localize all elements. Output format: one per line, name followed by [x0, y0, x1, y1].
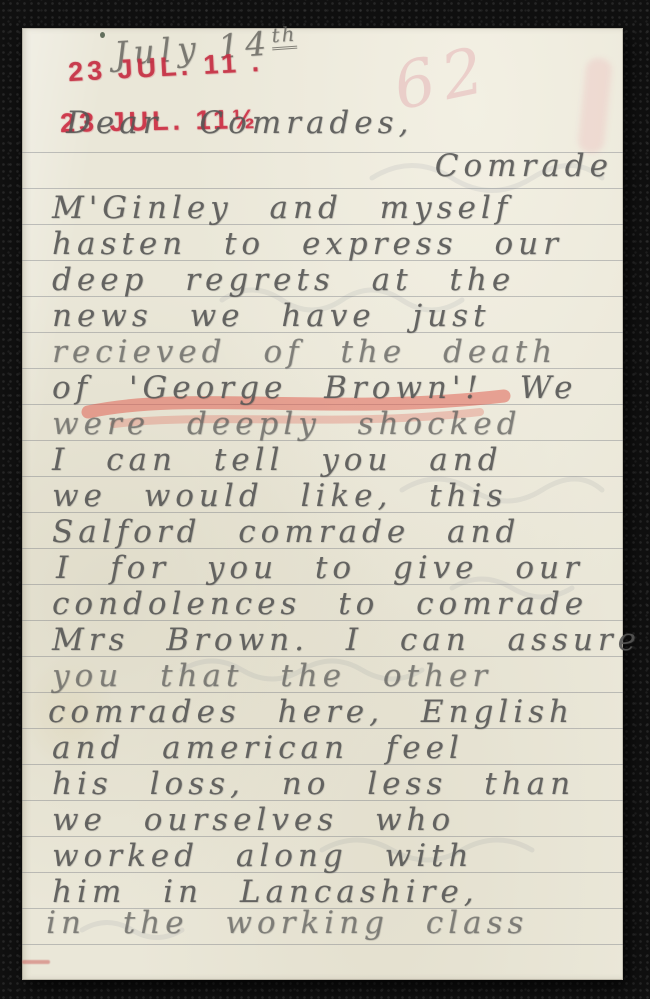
handwritten-date-ordinal: th — [271, 22, 298, 51]
letter-line: news we have just — [52, 298, 619, 336]
letter-line: deep regrets at the — [52, 262, 619, 300]
letter-line: comrades here, English — [48, 694, 619, 732]
letter-line: Salford comrade and — [52, 514, 619, 552]
letter-line: Dear Comrades, — [66, 105, 619, 143]
letter-line: I can tell you and — [52, 442, 619, 480]
letter-line: of 'George Brown'! We — [52, 370, 619, 408]
letter-line: hasten to express our — [52, 226, 619, 264]
letter-line: I for you to give our — [56, 550, 619, 588]
letter-line: condolences to comrade — [52, 586, 619, 624]
letter-line: recieved of the death — [52, 334, 619, 372]
date-stamp-top: 23 JUL. 11 . — [67, 47, 263, 88]
letter-line: M'Ginley and myself — [52, 190, 619, 228]
letter-line: in the working class — [46, 905, 619, 943]
letter-line: were deeply shocked — [52, 406, 619, 444]
letter-line: and american feel — [52, 730, 619, 768]
letter-line: we would like, this — [52, 478, 619, 516]
letter-line: worked along with — [52, 838, 619, 876]
letter-line: his loss, no less than — [52, 766, 619, 804]
letter-page: July 14th 23 JUL. 11 . 23 JUL. 11½ 62 De… — [22, 28, 623, 980]
red-edge-mark — [22, 960, 50, 964]
letter-line: Mrs Brown. I can assure — [52, 622, 619, 660]
letter-line: we ourselves who — [52, 802, 619, 840]
letter-line: you that the other — [52, 658, 619, 696]
letter-line: Comrade — [52, 148, 613, 186]
ink-speck — [100, 32, 105, 38]
